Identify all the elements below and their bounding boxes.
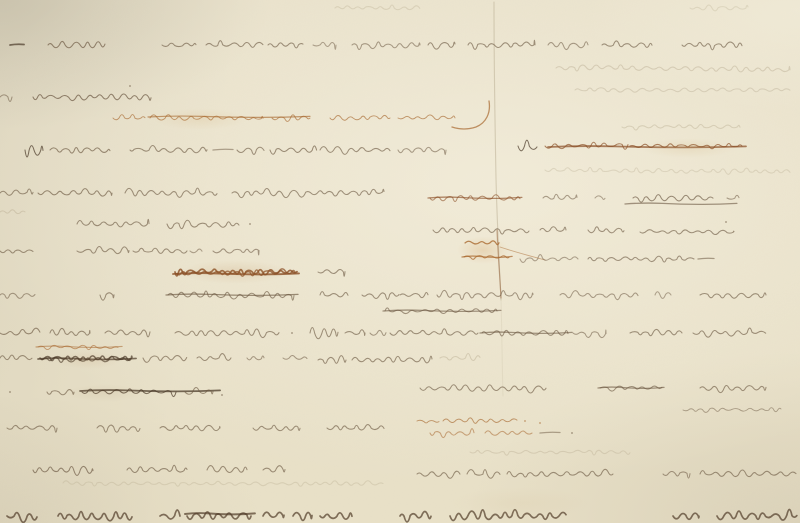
ink-dash (213, 149, 233, 150)
ink-dash (10, 44, 24, 45)
ink-dot (9, 391, 11, 393)
ink-dot (524, 420, 526, 422)
manuscript-photo (0, 0, 800, 523)
ink-dot (291, 332, 293, 334)
ink-dot (221, 394, 223, 396)
paper-grain (0, 0, 800, 523)
handwriting-layer (0, 0, 800, 523)
ink-dot (129, 85, 131, 87)
ink-dot (539, 422, 541, 424)
ink-dash (698, 258, 714, 259)
ink-dash (540, 432, 560, 433)
ink-dot (249, 223, 251, 225)
ink-dot (571, 432, 573, 434)
ink-dot (725, 221, 727, 223)
